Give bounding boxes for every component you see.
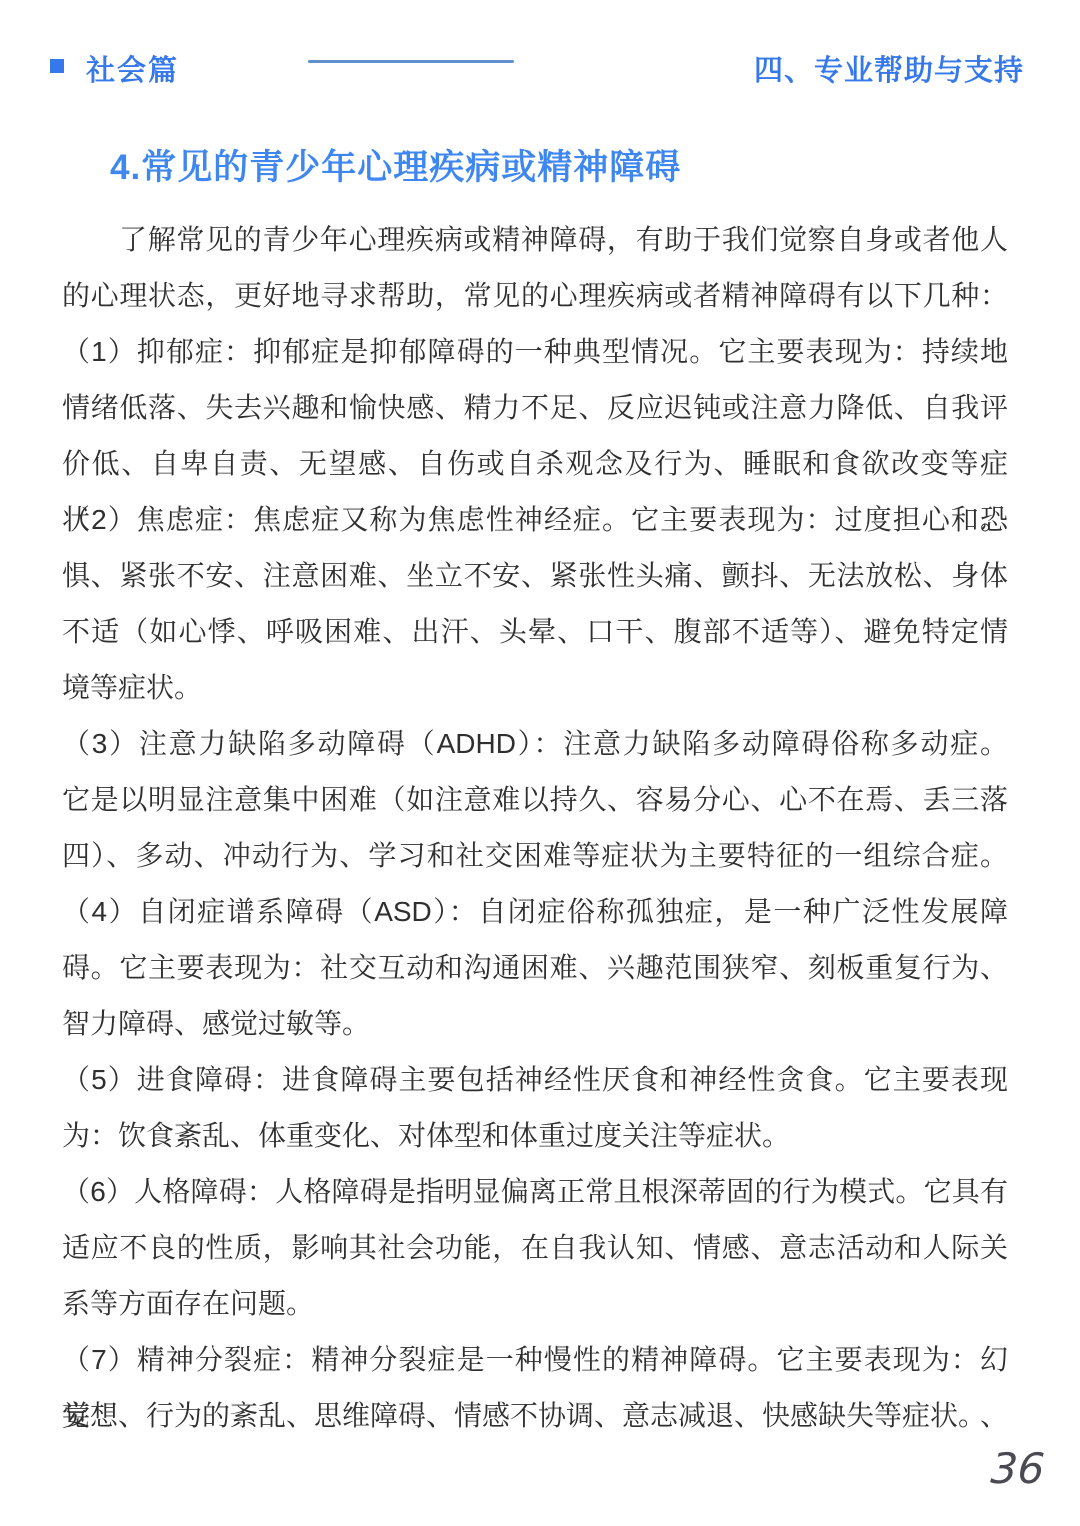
body-line: （2）焦虑症：焦虑症又称为焦虑性神经症。它主要表现为：过度担心和恐	[62, 492, 1008, 548]
body-line: 碍。它主要表现为：社交互动和沟通困难、兴趣范围狭窄、刻板重复行为、	[62, 940, 1008, 996]
body-line: 适应不良的性质，影响其社会功能，在自我认知、情感、意志活动和人际关	[62, 1220, 1008, 1276]
chapter-label: 四、专业帮助与支持	[754, 48, 1024, 89]
page-header: 社会篇 四、专业帮助与支持	[50, 48, 1024, 92]
body-line: （3）注意力缺陷多动障碍（ADHD）：注意力缺陷多动障碍俗称多动症。	[62, 716, 1008, 772]
document-page: 社会篇 四、专业帮助与支持 4.常见的青少年心理疾病或精神障碍 了解常见的青少年…	[0, 0, 1080, 1526]
body-line: （5）进食障碍：进食障碍主要包括神经性厌食和神经性贪食。它主要表现	[62, 1052, 1008, 1108]
body-line: （1）抑郁症：抑郁症是抑郁障碍的一种典型情况。它主要表现为：持续地	[62, 324, 1008, 380]
body-line: 不适（如心悸、呼吸困难、出汗、头晕、口干、腹部不适等）、避免特定情	[62, 604, 1008, 660]
body-line: 的心理状态，更好地寻求帮助，常见的心理疾病或者精神障碍有以下几种：	[62, 268, 1008, 324]
body-line: （6）人格障碍：人格障碍是指明显偏离正常且根深蒂固的行为模式。它具有	[62, 1164, 1008, 1220]
body-line: 情绪低落、失去兴趣和愉快感、精力不足、反应迟钝或注意力降低、自我评	[62, 380, 1008, 436]
square-bullet-icon	[50, 59, 64, 73]
body-line: 系等方面存在问题。	[62, 1276, 1008, 1332]
section-label: 社会篇	[86, 48, 179, 89]
header-divider	[308, 60, 514, 63]
body-line: 妄想、行为的紊乱、思维障碍、情感不协调、意志减退、快感缺失等症状。	[62, 1388, 1008, 1444]
body-line: （7）精神分裂症：精神分裂症是一种慢性的精神障碍。它主要表现为：幻觉、	[62, 1332, 1008, 1388]
body-line: 价低、自卑自责、无望感、自伤或自杀观念及行为、睡眠和食欲改变等症状。	[62, 436, 1008, 492]
body-line: 智力障碍、感觉过敏等。	[62, 996, 1008, 1052]
body-line: 它是以明显注意集中困难（如注意难以持久、容易分心、心不在焉、丢三落	[62, 772, 1008, 828]
body-line: 为：饮食紊乱、体重变化、对体型和体重过度关注等症状。	[62, 1108, 1008, 1164]
body-line: 境等症状。	[62, 660, 1008, 716]
body-line: 惧、紧张不安、注意困难、坐立不安、紧张性头痛、颤抖、无法放松、身体	[62, 548, 1008, 604]
page-number: 36	[989, 1444, 1046, 1493]
body-line: （4）自闭症谱系障碍（ASD）：自闭症俗称孤独症，是一种广泛性发展障	[62, 884, 1008, 940]
body-line: 四）、多动、冲动行为、学习和社交困难等症状为主要特征的一组综合症。	[62, 828, 1008, 884]
body-line: 了解常见的青少年心理疾病或精神障碍，有助于我们觉察自身或者他人	[62, 212, 1008, 268]
page-title: 4.常见的青少年心理疾病或精神障碍	[110, 140, 681, 190]
body-text: 了解常见的青少年心理疾病或精神障碍，有助于我们觉察自身或者他人 的心理状态，更好…	[62, 212, 1008, 1444]
